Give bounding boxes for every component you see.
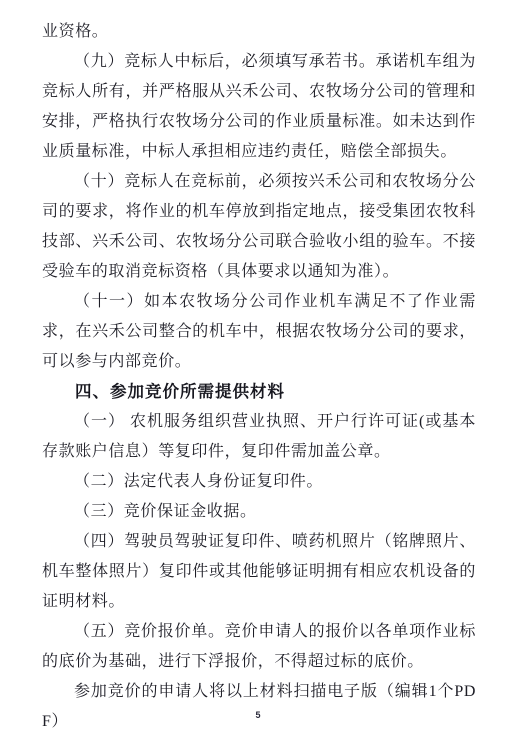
paragraph-item-10: （十）竞标人在竞标前，必须按兴禾公司和农牧场分公司的要求，将作业的机车停放到指定…	[42, 167, 476, 287]
paragraph-item-9: （九）竞标人中标后，必须填写承若书。承诺机车组为竞标人所有，并严格服从兴禾公司、…	[42, 47, 476, 167]
paragraph-material-5: （五）竞价报价单。竞价申请人的报价以各单项作业标的底价为基础，进行下浮报价，不得…	[42, 617, 476, 677]
paragraph-item-11: （十一）如本农牧场分公司作业机车满足不了作业需求，在兴禾公司整合的机车中，根据农…	[42, 287, 476, 377]
paragraph-material-2: （二）法定代表人身份证复印件。	[42, 467, 476, 497]
paragraph-material-4: （四）驾驶员驾驶证复印件、喷药机照片（铭牌照片、机车整体照片）复印件或其他能够证…	[42, 527, 476, 617]
paragraph-material-1: （一） 农机服务组织营业执照、开户行许可证(或基本存款账户信息）等复印件，复印件…	[42, 407, 476, 467]
document-body: 业资格。 （九）竞标人中标后，必须填写承若书。承诺机车组为竞标人所有，并严格服从…	[42, 17, 476, 737]
page-number: 5	[0, 710, 516, 720]
document-page: 业资格。 （九）竞标人中标后，必须填写承若书。承诺机车组为竞标人所有，并严格服从…	[0, 0, 516, 750]
paragraph-material-3: （三）竞价保证金收据。	[42, 497, 476, 527]
section-heading-4: 四、参加竞价所需提供材料	[42, 377, 476, 407]
paragraph-continuation: 业资格。	[42, 17, 476, 47]
paragraph-submission-note: 参加竞价的申请人将以上材料扫描电子版（编辑1个PDF）	[42, 677, 476, 737]
